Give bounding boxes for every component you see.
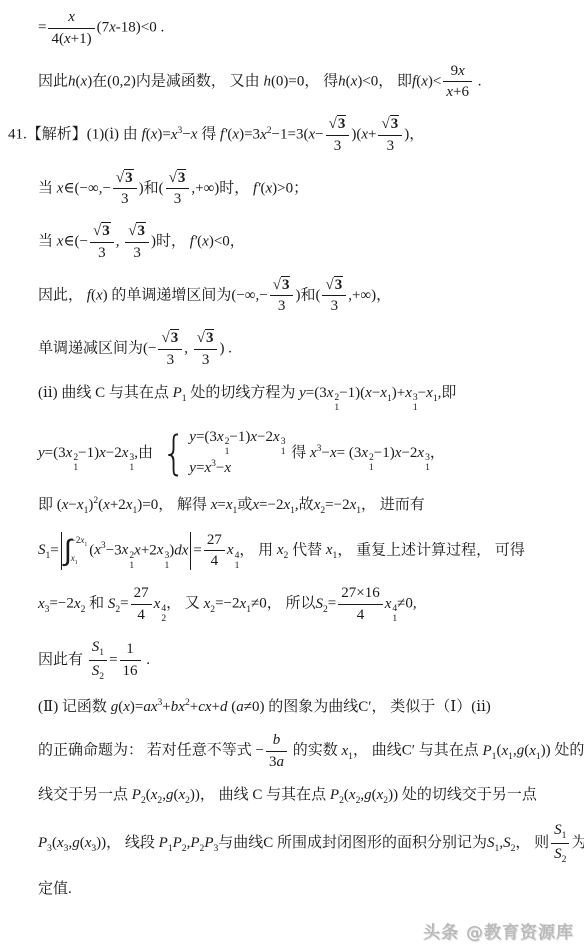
solution-line-eq-continued-inequality: =x4(x+1)(7x-18)<0 . xyxy=(38,8,578,49)
solution-text-block: =x4(x+1)(7x-18)<0 .因此h(x)在(0,2)内是减函数， 又由… xyxy=(0,0,584,900)
solution-line-conclusion-h-decreasing: 因此h(x)在(0,2)内是减函数， 又由 h(0)=0， 得h(x)<0， 即… xyxy=(38,62,578,103)
solution-line-problem-41-derivative: 41.【解析】(1)(ⅰ) 由 f(x)=x3−x 得 f′(x)=3x2−1=… xyxy=(8,115,578,156)
solution-line-interval-fprime-positive: 当 x∈(−∞,−√33)和(√33,+∞)时， f′(x)>0； xyxy=(38,169,578,210)
solution-line-proposition-p1: 的正确命题为： 若对任意不等式 −b3a 的实数 x1， 曲线C′ 与其在点 P… xyxy=(38,731,578,772)
solution-line-proposition-p2: 线交于另一点 P2(x2,g(x2))， 曲线 C 与其在点 P2(x2,g(x… xyxy=(38,785,578,808)
solution-line-decreasing-interval: 单调递减区间为(−√33, √33) . xyxy=(38,329,578,370)
solution-line-tangent-line-equation: (ⅱ) 曲线 C 与其在点 P1 处的切线方程为 y=(3x21−1)(x−x1… xyxy=(38,383,578,413)
solution-line-increasing-intervals: 因此， f(x) 的单调递增区间为(−∞,−√33)和(√33,+∞)， xyxy=(38,276,578,317)
solution-line-solve-x2: 即 (x−x1)2(x+2x1)=0， 解得 x=x1或x=−2x1,故x2=−… xyxy=(38,494,578,518)
solution-line-area-s2-result: x3=−2x2 和 S2=274x42， 又 x2=−2x1≠0， 所以S2=2… xyxy=(38,584,578,625)
watermark: 头条 @教育资源库 xyxy=(423,918,574,943)
solution-line-area-s1-integral: S1=∫−2x1x1(x3−3x21x+2x31)dx=274x41， 用 x2… xyxy=(38,531,578,572)
solution-line-part2-definition-g: (Ⅱ) 记函数 g(x)=ax3+bx2+cx+d (a≠0) 的图象为曲线C′… xyxy=(38,696,578,719)
solution-line-proposition-p3-areas: P3(x3,g(x3))， 线段 P1P2,P2P3与曲线C 所围成封闭图形的面… xyxy=(38,821,578,866)
solution-line-fixed-value: 定值. xyxy=(38,879,578,901)
solution-line-ratio-one-sixteenth: 因此有 S1S2=116 . xyxy=(38,638,578,683)
solution-line-interval-fprime-negative: 当 x∈(−√33, √33)时， f′(x)<0， xyxy=(38,222,578,263)
document-page: =x4(x+1)(7x-18)<0 .因此h(x)在(0,2)内是减函数， 又由… xyxy=(0,0,584,951)
solution-line-system-of-equations: y=(3x21−1)x−2x31,由 {y=(3x21−1)x−2x31y=x3… xyxy=(38,426,578,481)
